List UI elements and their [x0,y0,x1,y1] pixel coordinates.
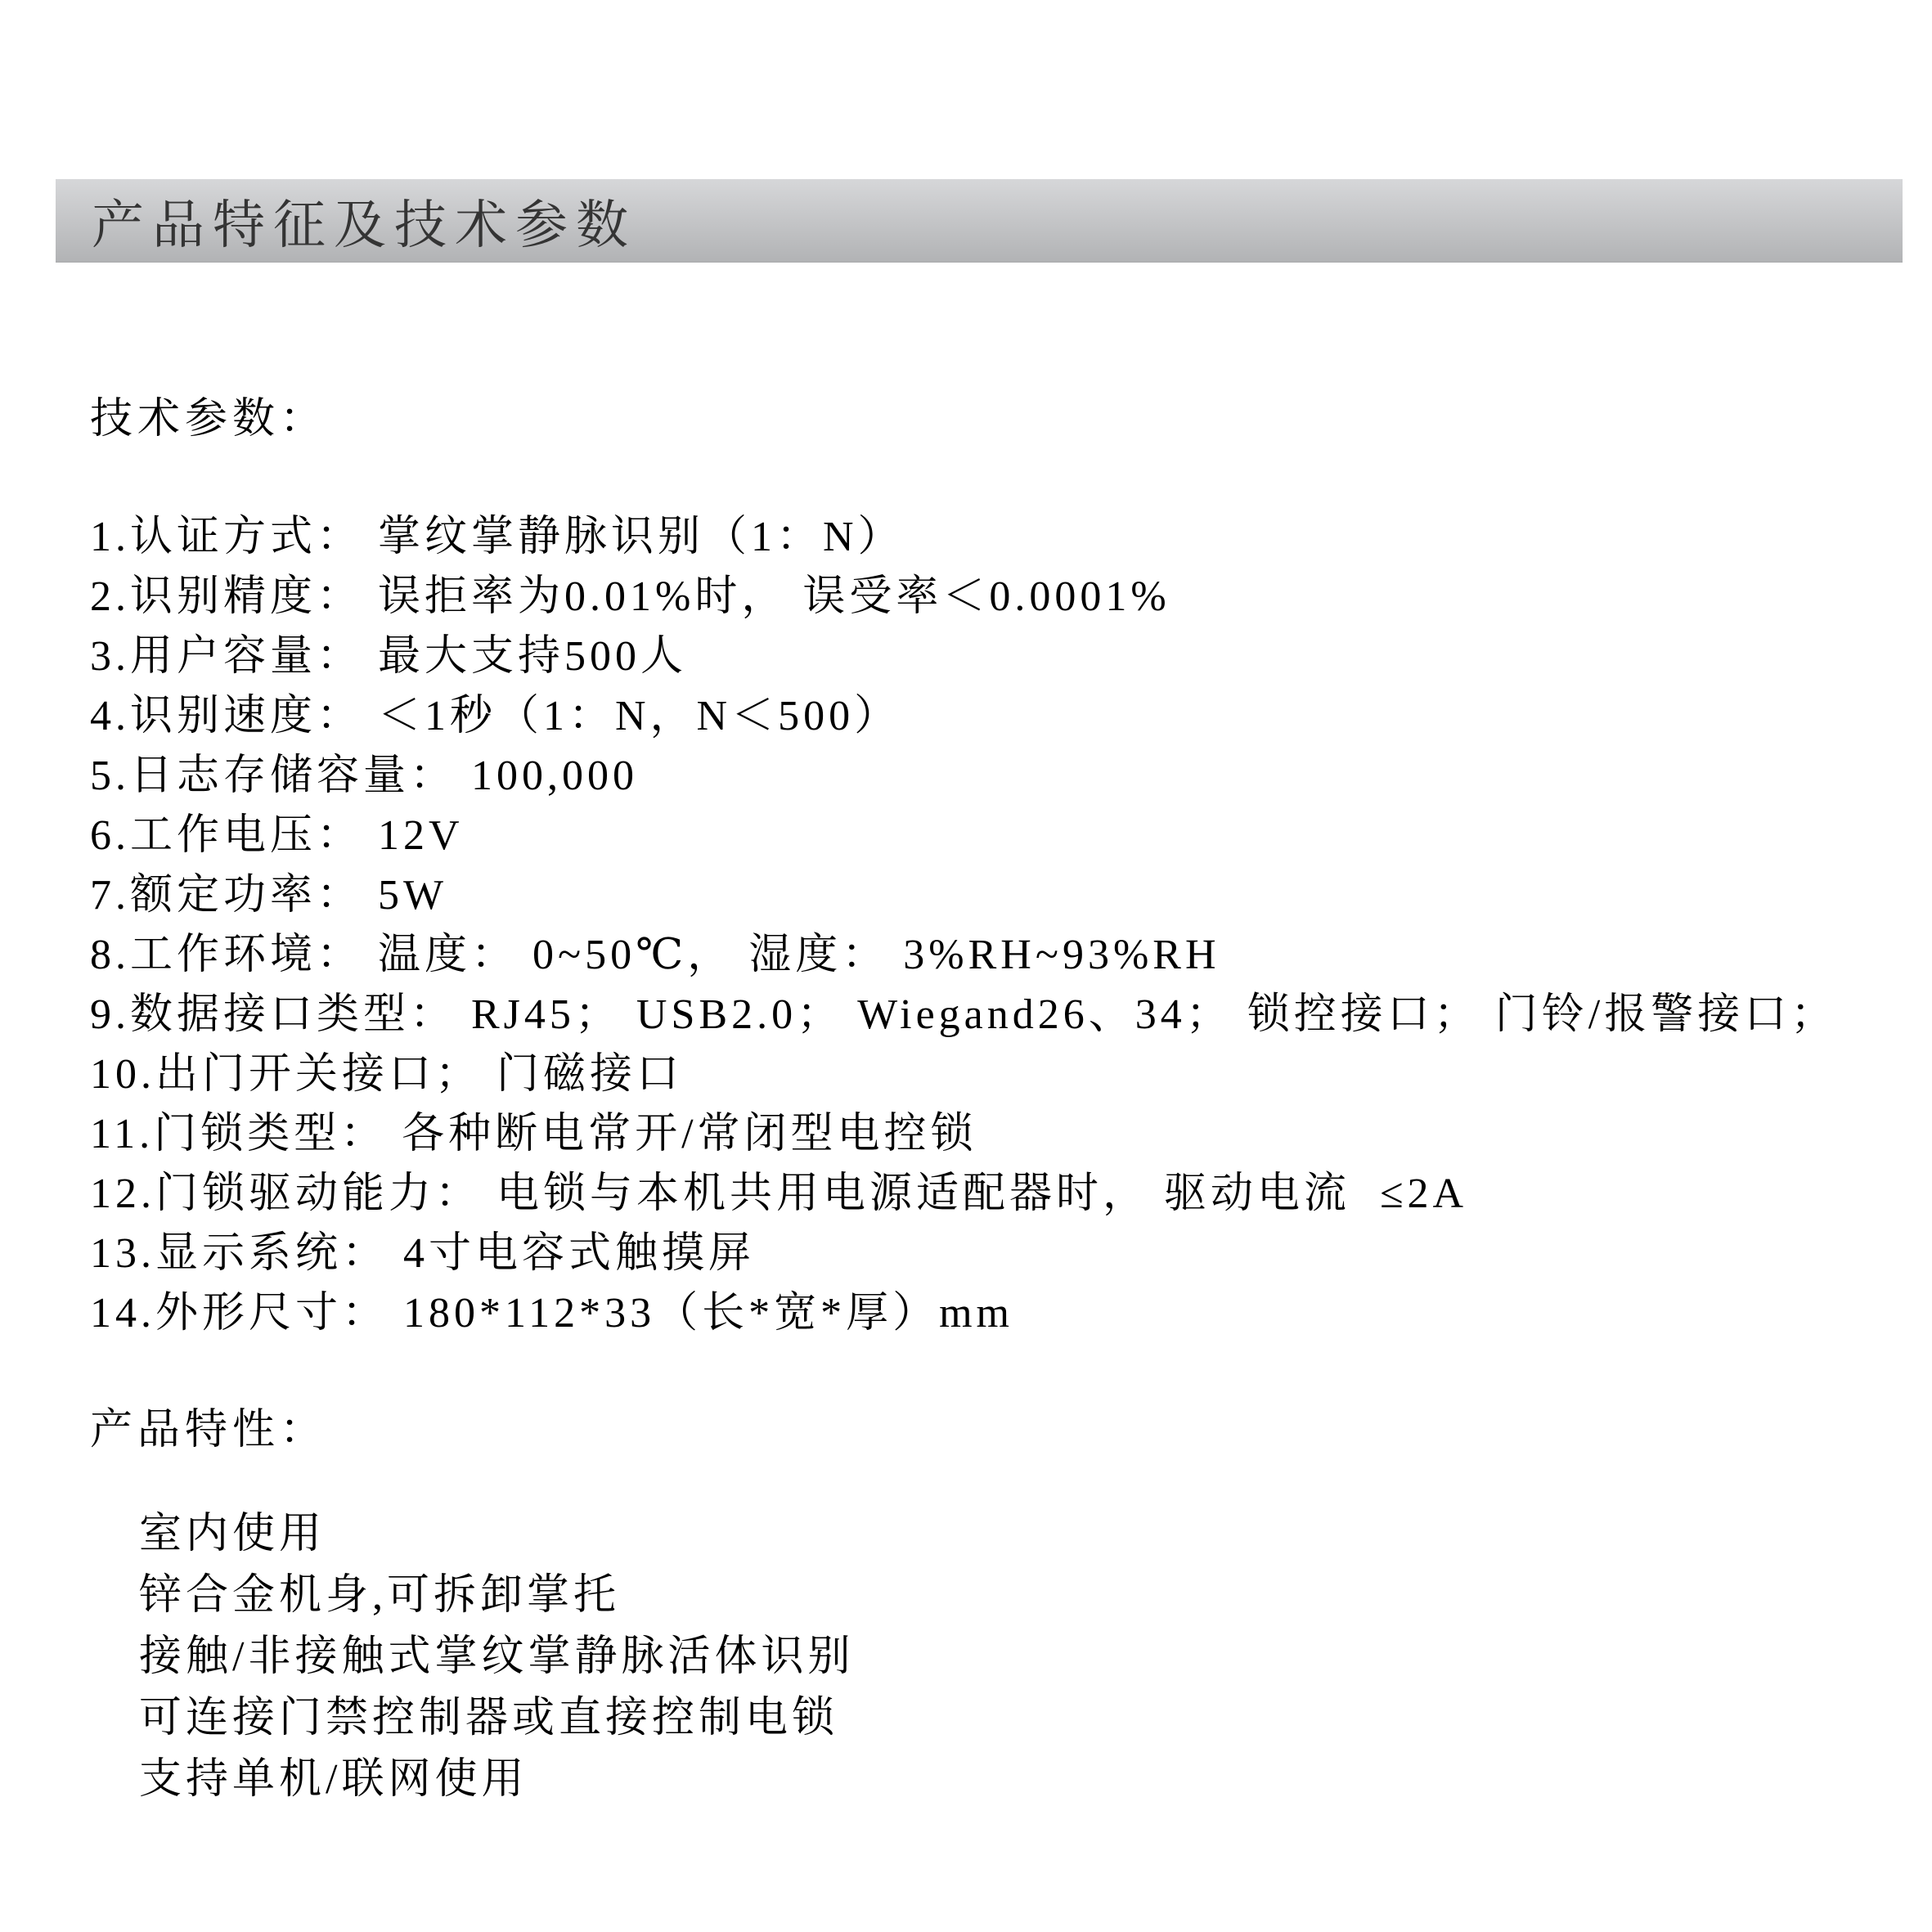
product-features-heading: 产品特性： [90,1400,327,1460]
feature-item-2: 锌合金机身,可拆卸掌托 [139,1565,1916,1626]
section-header-bar: 产品特征及技术参数 [56,179,1903,263]
feature-item-4: 可连接门禁控制器或直接控制电锁 [139,1687,1916,1749]
spec-item-12: 12.门锁驱动能力： 电锁与本机共用电源适配器时， 驱动电流 ≤2A [90,1164,1916,1224]
spec-item-9: 9.数据接口类型： RJ45； USB2.0； Wiegand26、34； 锁控… [90,985,1916,1045]
feature-item-1: 室内使用 [139,1503,1916,1565]
feature-item-5: 支持单机/联网使用 [139,1749,1916,1810]
section-header-title: 产品特征及技术参数 [56,183,636,258]
document-page: 产品特征及技术参数 技术参数： 1.认证方式： 掌纹掌静脉识别（1：N） 2.识… [0,0,1932,1932]
spec-item-4: 4.识别速度： ＜1秒（1：N，N＜500） [90,686,1916,746]
spec-item-2: 2.识别精度： 误拒率为0.01%时， 误受率＜0.0001% [90,567,1916,627]
spec-item-1: 1.认证方式： 掌纹掌静脉识别（1：N） [90,507,1916,567]
spec-item-11: 11.门锁类型： 各种断电常开/常闭型电控锁 [90,1104,1916,1164]
spec-item-14: 14.外形尺寸： 180*112*33（长*宽*厚）mm [90,1283,1916,1343]
spec-item-8: 8.工作环境： 温度： 0~50℃， 湿度： 3%RH~93%RH [90,925,1916,985]
spec-item-5: 5.日志存储容量： 100,000 [90,746,1916,806]
spec-item-13: 13.显示系统： 4寸电容式触摸屏 [90,1224,1916,1283]
spec-item-6: 6.工作电压： 12V [90,806,1916,865]
spec-item-10: 10.出门开关接口； 门磁接口 [90,1045,1916,1104]
spec-item-3: 3.用户容量： 最大支持500人 [90,627,1916,686]
product-features-list: 室内使用 锌合金机身,可拆卸掌托 接触/非接触式掌纹掌静脉活体识别 可连接门禁控… [139,1503,1916,1810]
tech-params-list: 1.认证方式： 掌纹掌静脉识别（1：N） 2.识别精度： 误拒率为0.01%时，… [90,507,1916,1343]
spec-item-7: 7.额定功率： 5W [90,865,1916,925]
tech-params-heading: 技术参数： [90,389,327,449]
feature-item-3: 接触/非接触式掌纹掌静脉活体识别 [139,1626,1916,1687]
